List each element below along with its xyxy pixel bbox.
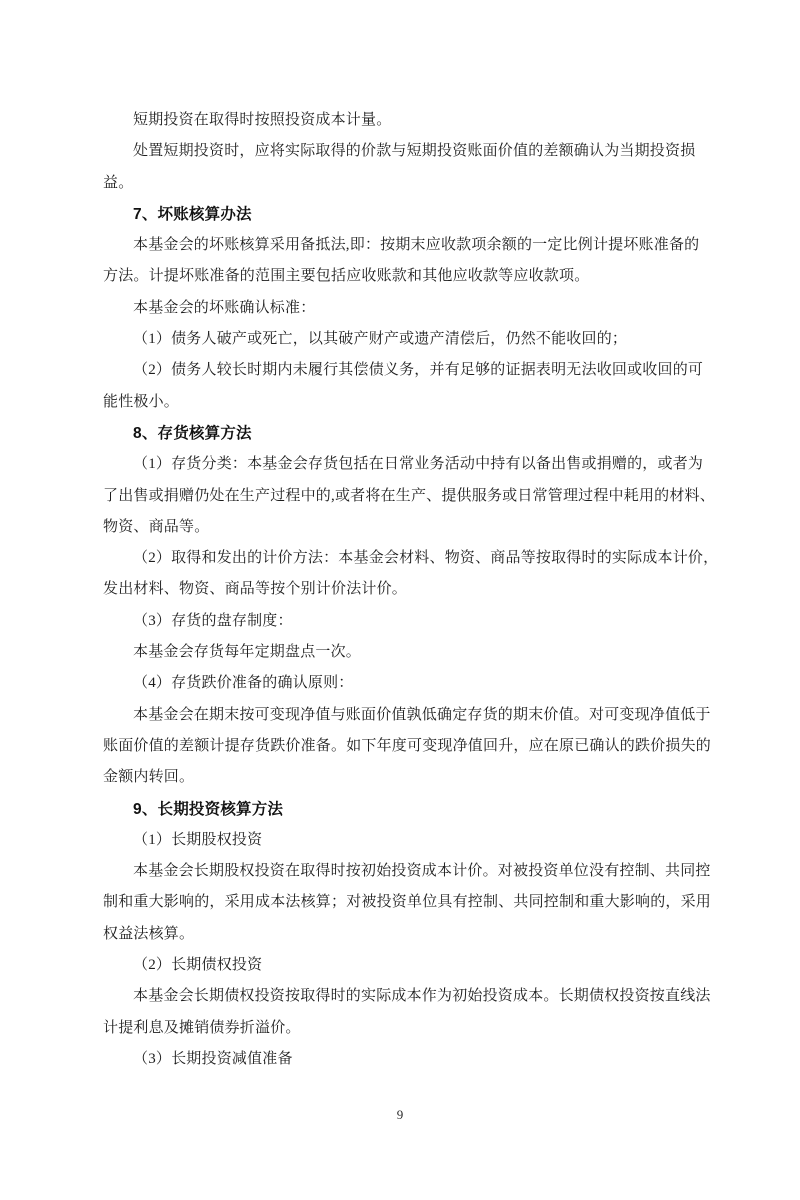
section-heading: 8、存货核算方法: [103, 418, 699, 449]
text-line: （3）长期投资减值准备: [103, 1044, 699, 1075]
text-line: 了出售或捐赠仍处在生产过程中的,或者将在生产、提供服务或日常管理过程中耗用的材料…: [103, 481, 699, 512]
text-line: 制和重大影响的，采用成本法核算；对被投资单位具有控制、共同控制和重大影响的，采用: [103, 887, 699, 918]
text-line: 权益法核算。: [103, 919, 699, 950]
text-line: （2）债务人较长时期内未履行其偿债义务，并有足够的证据表明无法收回或收回的可: [103, 355, 699, 386]
text-line: 能性极小。: [103, 387, 699, 418]
page-footer: 9: [0, 1106, 800, 1124]
text-line: （2）长期债权投资: [103, 950, 699, 981]
section-heading: 7、坏账核算办法: [103, 199, 699, 230]
text-line: 本基金会长期股权投资在取得时按初始投资成本计价。对被投资单位没有控制、共同控: [103, 856, 699, 887]
text-line: 金额内转回。: [103, 762, 699, 793]
text-line: （1）存货分类：本基金会存货包括在日常业务活动中持有以备出售或捐赠的，或者为: [103, 449, 699, 480]
text-line: （1）长期股权投资: [103, 825, 699, 856]
text-line: 本基金会在期末按可变现净值与账面价值孰低确定存货的期末价值。对可变现净值低于: [103, 700, 699, 731]
section-heading: 9、长期投资核算方法: [103, 794, 699, 825]
text-line: （3）存货的盘存制度：: [103, 606, 699, 637]
text-line: （2）取得和发出的计价方法：本基金会材料、物资、商品等按取得时的实际成本计价，: [103, 543, 699, 574]
text-line: 物资、商品等。: [103, 512, 699, 543]
text-line: 本基金会长期债权投资按取得时的实际成本作为初始投资成本。长期债权投资按直线法: [103, 981, 699, 1012]
text-line: 本基金会的坏账核算采用备抵法,即：按期末应收款项余额的一定比例计提坏账准备的: [103, 230, 699, 261]
text-line: （1）债务人破产或死亡，以其破产财产或遗产清偿后，仍然不能收回的；: [103, 324, 699, 355]
page-number: 9: [397, 1107, 404, 1122]
text-line: 方法。计提坏账准备的范围主要包括应收账款和其他应收款等应收款项。: [103, 261, 699, 292]
text-line: 短期投资在取得时按照投资成本计量。: [103, 105, 699, 136]
text-line: 本基金会的坏账确认标准：: [103, 293, 699, 324]
text-line: （4）存货跌价准备的确认原则：: [103, 668, 699, 699]
text-line: 发出材料、物资、商品等按个别计价法计价。: [103, 574, 699, 605]
document-body: 短期投资在取得时按照投资成本计量。处置短期投资时，应将实际取得的价款与短期投资账…: [103, 105, 699, 1075]
text-line: 本基金会存货每年定期盘点一次。: [103, 637, 699, 668]
text-line: 计提利息及摊销债券折溢价。: [103, 1013, 699, 1044]
text-line: 处置短期投资时，应将实际取得的价款与短期投资账面价值的差额确认为当期投资损: [103, 136, 699, 167]
text-line: 账面价值的差额计提存货跌价准备。如下年度可变现净值回升，应在原已确认的跌价损失的: [103, 731, 699, 762]
text-line: 益。: [103, 168, 699, 199]
